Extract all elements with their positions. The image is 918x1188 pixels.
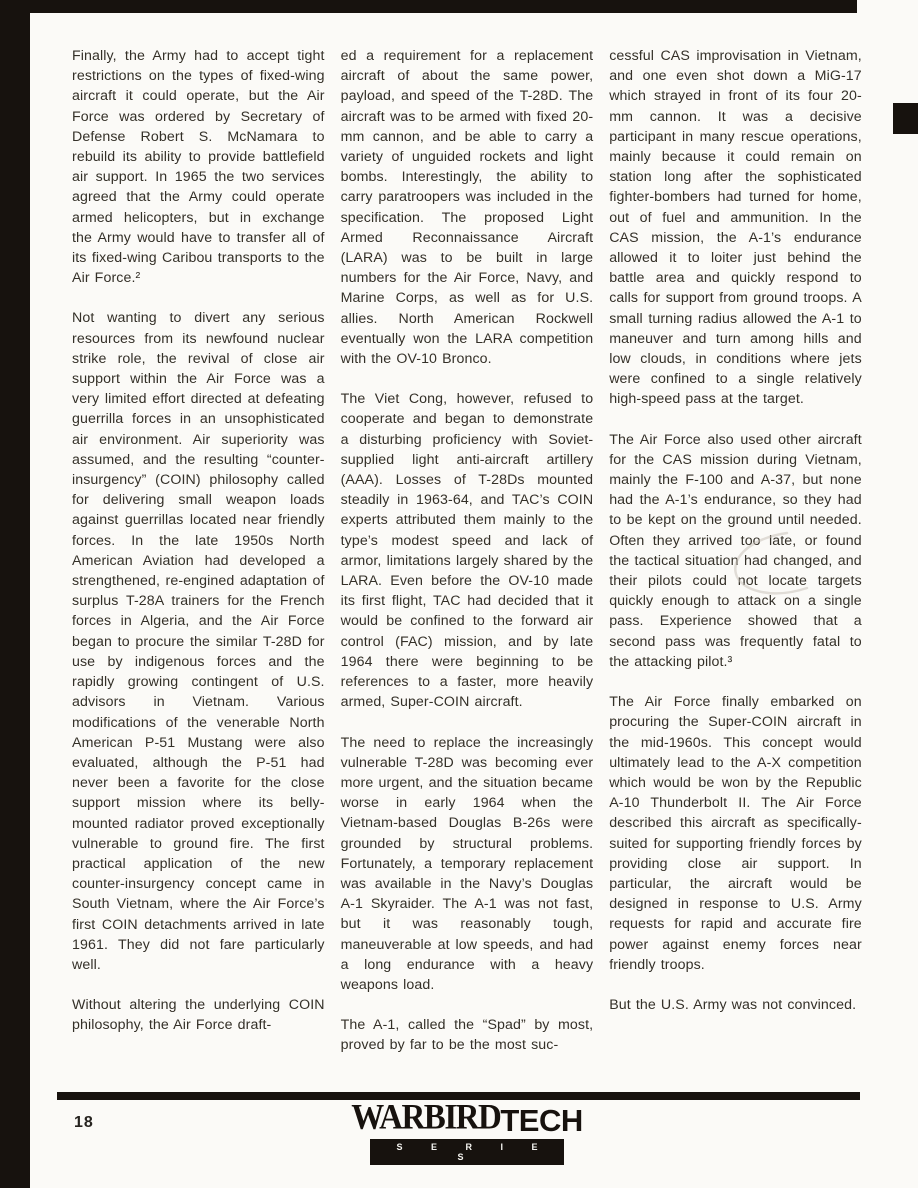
logo-warbird-text: WARBIRD [351,1100,500,1136]
book-page: Finally, the Army had to accept tight re… [0,0,918,1188]
logo-wordmark: WARBIRDTECH [370,1103,564,1136]
text-column-2: ed a requirement for a replacement aircr… [341,46,594,1076]
page-number: 18 [74,1114,94,1132]
paragraph: Not wanting to divert any serious resour… [72,308,325,975]
paragraph: The A-1, called the “Spad” by most, prov… [341,1015,594,1055]
paragraph: ed a requirement for a replacement aircr… [341,46,594,369]
paragraph: The Air Force finally embarked on procur… [609,692,862,975]
logo-tech-text: TECH [500,1105,582,1136]
text-column-1: Finally, the Army had to accept tight re… [72,46,325,1076]
warbirdtech-logo: WARBIRDTECH S E R I E S [370,1103,564,1165]
pen-mark-artifact [727,530,815,604]
paragraph: Without altering the underlying COIN phi… [72,995,325,1035]
paragraph: The need to replace the increasingly vul… [341,733,594,996]
paragraph: cessful CAS improvisation in Vietnam, an… [609,46,862,410]
logo-series-bar: S E R I E S [370,1139,564,1165]
paragraph: Finally, the Army had to accept tight re… [72,46,325,288]
right-edge-tab [893,103,918,134]
top-border-bar [0,0,857,13]
paragraph: The Viet Cong, however, refused to coope… [341,389,594,712]
paragraph: But the U.S. Army was not convinced. [609,995,862,1015]
left-border-bar [0,0,30,1188]
